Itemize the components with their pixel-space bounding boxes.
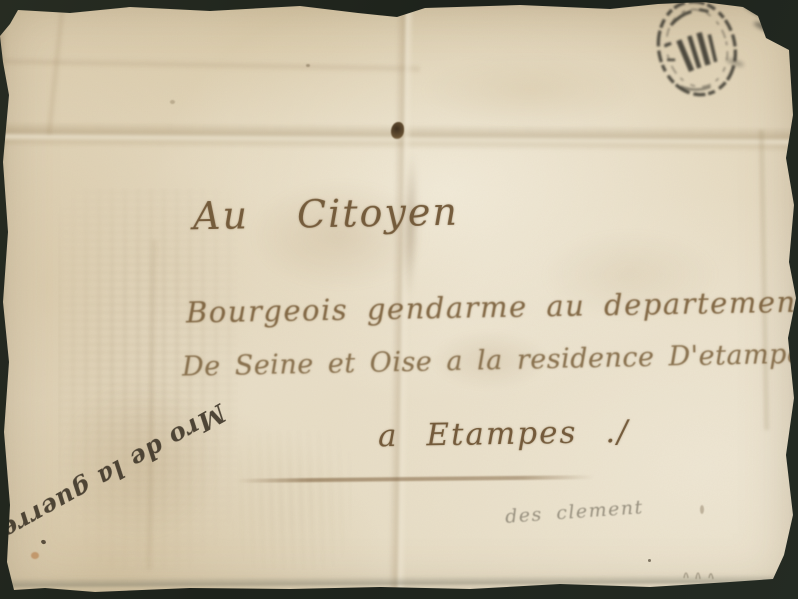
ink-smudge [774,6,788,19]
right-edge-crease [757,130,770,430]
ink-bleedthrough-patch [232,430,352,570]
scanned-letter-photo: Au Citoyen Bourgeois gendarme au departe… [0,0,798,599]
rust-spot [31,552,39,559]
fold-intersection-hole [391,122,404,139]
ink-speck [170,100,175,104]
address-line-name: Bourgeois gendarme au departement [186,285,798,330]
paper-stain [420,55,640,125]
horizontal-fold-crease [0,121,798,153]
ink-smudge [741,0,768,20]
faint-upper-crease [0,56,420,73]
paper-stain [250,180,430,290]
ink-bleedthrough-column [58,188,238,570]
ink-speck [648,559,651,562]
ink-smudge [753,20,785,38]
ink-speck [306,64,310,67]
fold-ink-smudge [395,140,425,356]
top-left-crease [45,0,67,135]
bottom-edge-wrinkles [676,556,736,582]
pencil-annotation: des clement [504,496,644,528]
vertical-fold-crease [388,0,414,599]
letter-paper: Au Citoyen Bourgeois gendarme au departe… [0,0,798,599]
paper-stain [430,330,550,390]
address-line-city: a Etampes ./ [378,414,630,454]
paper-stain [540,230,720,320]
ink-speck [40,539,46,545]
postmark-stamp-icon [646,0,750,105]
address-line-department: De Seine et Oise a la residence D'etampe… [182,338,798,382]
ink-speck [700,505,704,514]
